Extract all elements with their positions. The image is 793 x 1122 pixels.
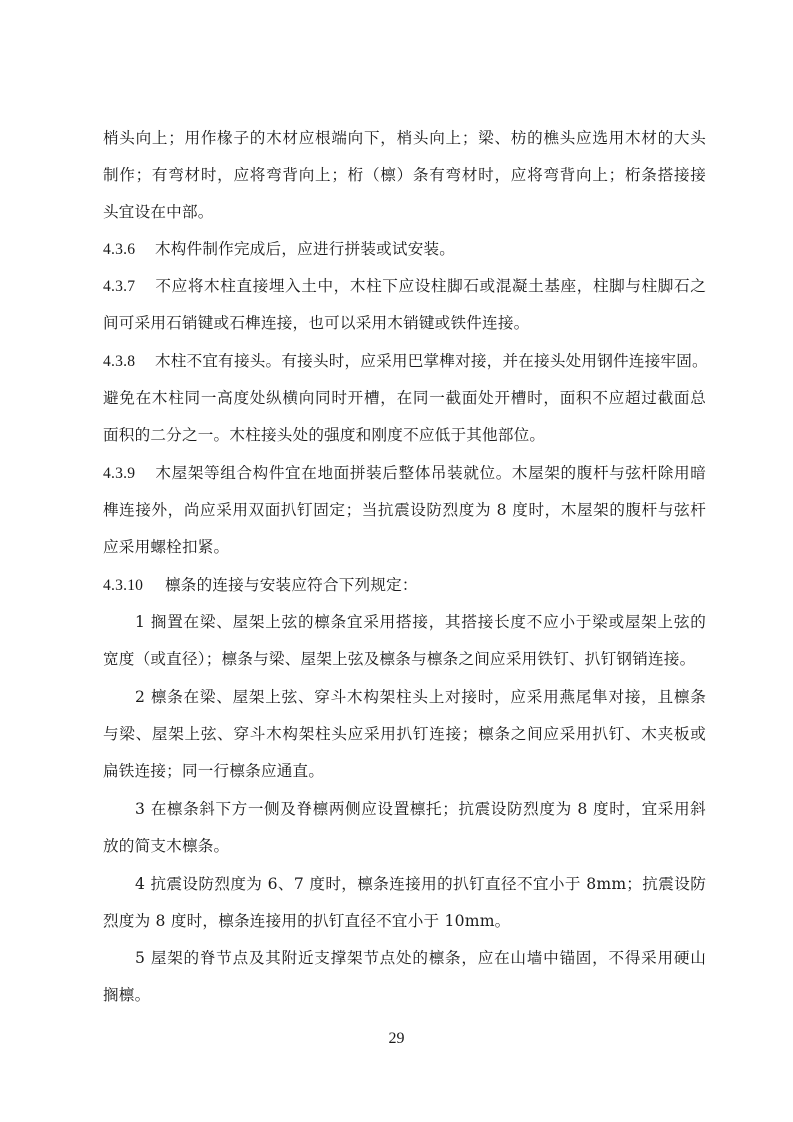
list-item-4: 4 抗震设防烈度为 6、7 度时，檩条连接用的扒钉直径不宜小于 8mm；抗震设防	[135, 874, 706, 894]
item-text: 搁置在梁、屋架上弦的檩条宜采用搭接，其搭接长度不应小于梁或屋架上弦的	[151, 613, 706, 631]
item-text: 檩条在梁、屋架上弦、穿斗木构架柱头上对接时，应采用燕尾隼对接，且檩条	[151, 688, 706, 706]
page-number: 29	[0, 1030, 793, 1048]
item-number: 1	[135, 613, 145, 631]
clause-text: 木屋架等组合构件宜在地面拼装后整体吊装就位。木屋架的腹杆与弦杆除用暗	[155, 464, 706, 482]
clause-4-3-8: 4.3.8木柱不宜有接头。有接头时，应采用巴掌榫对接，并在接头处用钢件连接牢固。	[103, 351, 706, 372]
clause-4-3-10: 4.3.10檩条的连接与安装应符合下列规定：	[103, 575, 706, 596]
item-number: 3	[135, 800, 145, 818]
clause-text: 檩条的连接与安装应符合下列规定：	[165, 576, 418, 594]
item-text: 屋架的脊节点及其附近支撑架节点处的檩条，应在山墙中锚固，不得采用硬山	[151, 949, 706, 967]
item-number: 4	[135, 875, 145, 893]
clause-number: 4.3.9	[103, 464, 155, 484]
clause-4-3-7: 4.3.7不应将木柱直接埋入土中，木柱下应设柱脚石或混凝土基座，柱脚与柱脚石之	[103, 276, 706, 297]
clause-text: 不应将木柱直接埋入土中，木柱下应设柱脚石或混凝土基座，柱脚与柱脚石之	[155, 277, 706, 295]
paragraph-line: 烈度为 8 度时，檩条连接用的扒钉直径不宜小于 10mm。	[103, 911, 706, 931]
paragraph-line: 应采用螺栓扣紧。	[103, 537, 706, 557]
clause-number: 4.3.6	[103, 240, 155, 260]
paragraph-line: 与梁、屋架上弦、穿斗木构架柱头应采用扒钉连接；檩条之间应采用扒钉、木夹板或	[103, 724, 706, 744]
paragraph-line: 间可采用石销键或石榫连接，也可以采用木销键或铁件连接。	[103, 313, 706, 333]
paragraph-line: 榫连接外，尚应采用双面扒钉固定；当抗震设防烈度为 8 度时，木屋架的腹杆与弦杆	[103, 500, 706, 520]
clause-4-3-9: 4.3.9木屋架等组合构件宜在地面拼装后整体吊装就位。木屋架的腹杆与弦杆除用暗	[103, 463, 706, 484]
clause-text: 木构件制作完成后，应进行拼装或试安装。	[155, 240, 455, 258]
item-number: 2	[135, 688, 145, 706]
list-item-5: 5 屋架的脊节点及其附近支撑架节点处的檩条，应在山墙中锚固，不得采用硬山	[135, 948, 706, 968]
clause-number: 4.3.7	[103, 277, 155, 297]
clause-number: 4.3.10	[103, 576, 165, 596]
paragraph-line: 梢头向上；用作椽子的木材应根端向下，梢头向上；梁、枋的樵头应选用木材的大头	[103, 128, 706, 148]
paragraph-line: 制作；有弯材时，应将弯背向上；桁（檩）条有弯材时，应将弯背向上；桁条搭接接	[103, 165, 706, 185]
paragraph-line: 扁铁连接；同一行檩条应通直。	[103, 761, 706, 781]
item-text: 在檩条斜下方一侧及脊檩两侧应设置檩托；抗震设防烈度为 8 度时，宜采用斜	[151, 800, 706, 818]
list-item-3: 3 在檩条斜下方一侧及脊檩两侧应设置檩托；抗震设防烈度为 8 度时，宜采用斜	[135, 799, 706, 819]
clause-number: 4.3.8	[103, 352, 155, 372]
document-page: 梢头向上；用作椽子的木材应根端向下，梢头向上；梁、枋的樵头应选用木材的大头 制作…	[0, 0, 793, 1122]
paragraph-line: 面积的二分之一。木柱接头处的强度和刚度不应低于其他部位。	[103, 425, 706, 445]
item-text: 抗震设防烈度为 6、7 度时，檩条连接用的扒钉直径不宜小于 8mm；抗震设防	[150, 875, 706, 893]
list-item-2: 2 檩条在梁、屋架上弦、穿斗木构架柱头上对接时，应采用燕尾隼对接，且檩条	[135, 687, 706, 707]
clause-text: 木柱不宜有接头。有接头时，应采用巴掌榫对接，并在接头处用钢件连接牢固。	[155, 352, 708, 370]
paragraph-line: 放的简支木檩条。	[103, 836, 706, 856]
paragraph-line: 搁檩。	[103, 985, 706, 1005]
clause-4-3-6: 4.3.6木构件制作完成后，应进行拼装或试安装。	[103, 239, 706, 260]
paragraph-line: 避免在木柱同一高度处纵横向同时开槽，在同一截面处开槽时，面积不应超过截面总	[103, 388, 706, 408]
list-item-1: 1 搁置在梁、屋架上弦的檩条宜采用搭接，其搭接长度不应小于梁或屋架上弦的	[135, 612, 706, 632]
item-number: 5	[135, 949, 145, 967]
paragraph-line: 头宜设在中部。	[103, 202, 706, 222]
paragraph-line: 宽度（或直径）；檩条与梁、屋架上弦及檩条与檩条之间应采用铁钉、扒钉钢销连接。	[103, 649, 706, 669]
